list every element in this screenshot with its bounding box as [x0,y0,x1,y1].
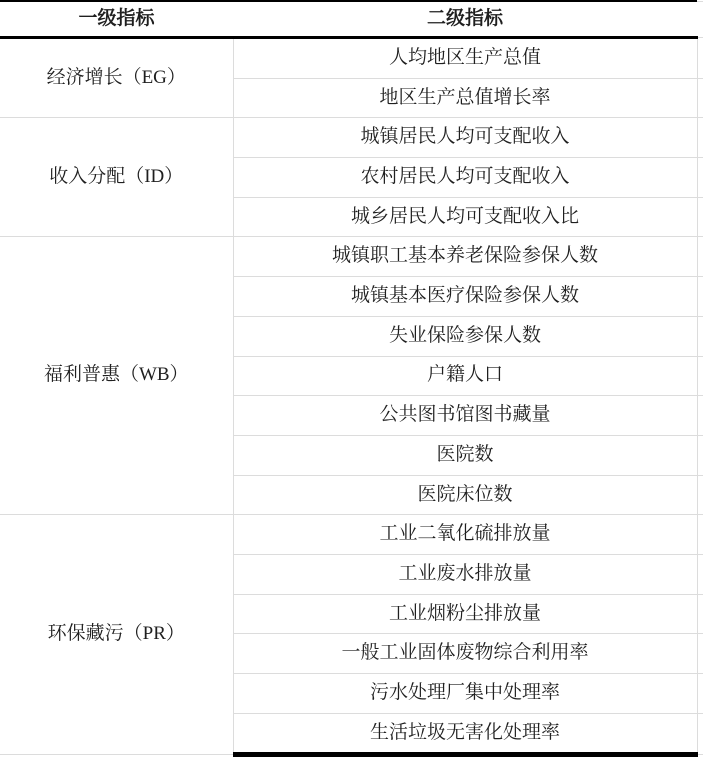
indicator-cell: 地区生产总值增长率 [233,78,697,118]
grid-margin-cell [697,237,703,277]
indicator-cell: 工业烟粉尘排放量 [233,594,697,634]
grid-margin-cell [697,435,703,475]
indicator-cell: 人均地区生产总值 [233,38,697,79]
grid-margin-cell [697,118,703,158]
col-header-level1: 一级指标 [0,1,233,38]
grid-margin-cell [697,475,703,515]
indicator-cell: 医院床位数 [233,475,697,515]
grid-margin-cell [697,634,703,674]
indicator-row: 福利普惠（WB） 城镇职工基本养老保险参保人数 [0,237,703,277]
indicator-row: 环保藏污（PR） 工业二氧化硫排放量 [0,515,703,555]
col-header-level2: 二级指标 [233,1,697,38]
grid-margin-cell [697,78,703,118]
indicator-cell: 农村居民人均可支配收入 [233,158,697,198]
grid-margin-cell [697,38,703,79]
grid-margin-cell [697,356,703,396]
grid-margin-cell [697,158,703,198]
grid-margin-cell [697,554,703,594]
grid-margin-cell [697,674,703,714]
indicator-row: 经济增长（EG） 人均地区生产总值 [0,38,703,79]
indicator-cell: 生活垃圾无害化处理率 [233,713,697,755]
indicator-table-page: 一级指标 二级指标 经济增长（EG） 人均地区生产总值 地区生产总值增长率 收入… [0,0,703,759]
indicator-cell: 户籍人口 [233,356,697,396]
grid-margin-cell [697,277,703,317]
group-cell-wb: 福利普惠（WB） [0,237,233,515]
grid-margin-cell [697,713,703,755]
group-cell-pr: 环保藏污（PR） [0,515,233,755]
indicator-cell: 一般工业固体废物综合利用率 [233,634,697,674]
grid-margin-cell [697,316,703,356]
grid-margin-cell [697,396,703,436]
header-row: 一级指标 二级指标 [0,1,703,38]
indicator-cell: 医院数 [233,435,697,475]
indicator-cell: 城镇居民人均可支配收入 [233,118,697,158]
indicator-cell: 失业保险参保人数 [233,316,697,356]
indicator-cell: 城镇基本医疗保险参保人数 [233,277,697,317]
indicator-row: 收入分配（ID） 城镇居民人均可支配收入 [0,118,703,158]
indicator-cell: 工业二氧化硫排放量 [233,515,697,555]
indicator-cell: 公共图书馆图书藏量 [233,396,697,436]
grid-margin-cell [697,197,703,237]
group-cell-id: 收入分配（ID） [0,118,233,237]
grid-margin-cell [697,594,703,634]
indicator-cell: 城乡居民人均可支配收入比 [233,197,697,237]
indicator-table: 一级指标 二级指标 经济增长（EG） 人均地区生产总值 地区生产总值增长率 收入… [0,0,703,757]
indicator-cell: 工业废水排放量 [233,554,697,594]
indicator-cell: 城镇职工基本养老保险参保人数 [233,237,697,277]
grid-margin-cell [697,515,703,555]
group-cell-eg: 经济增长（EG） [0,38,233,118]
indicator-cell: 污水处理厂集中处理率 [233,674,697,714]
grid-margin-cell [697,1,703,38]
